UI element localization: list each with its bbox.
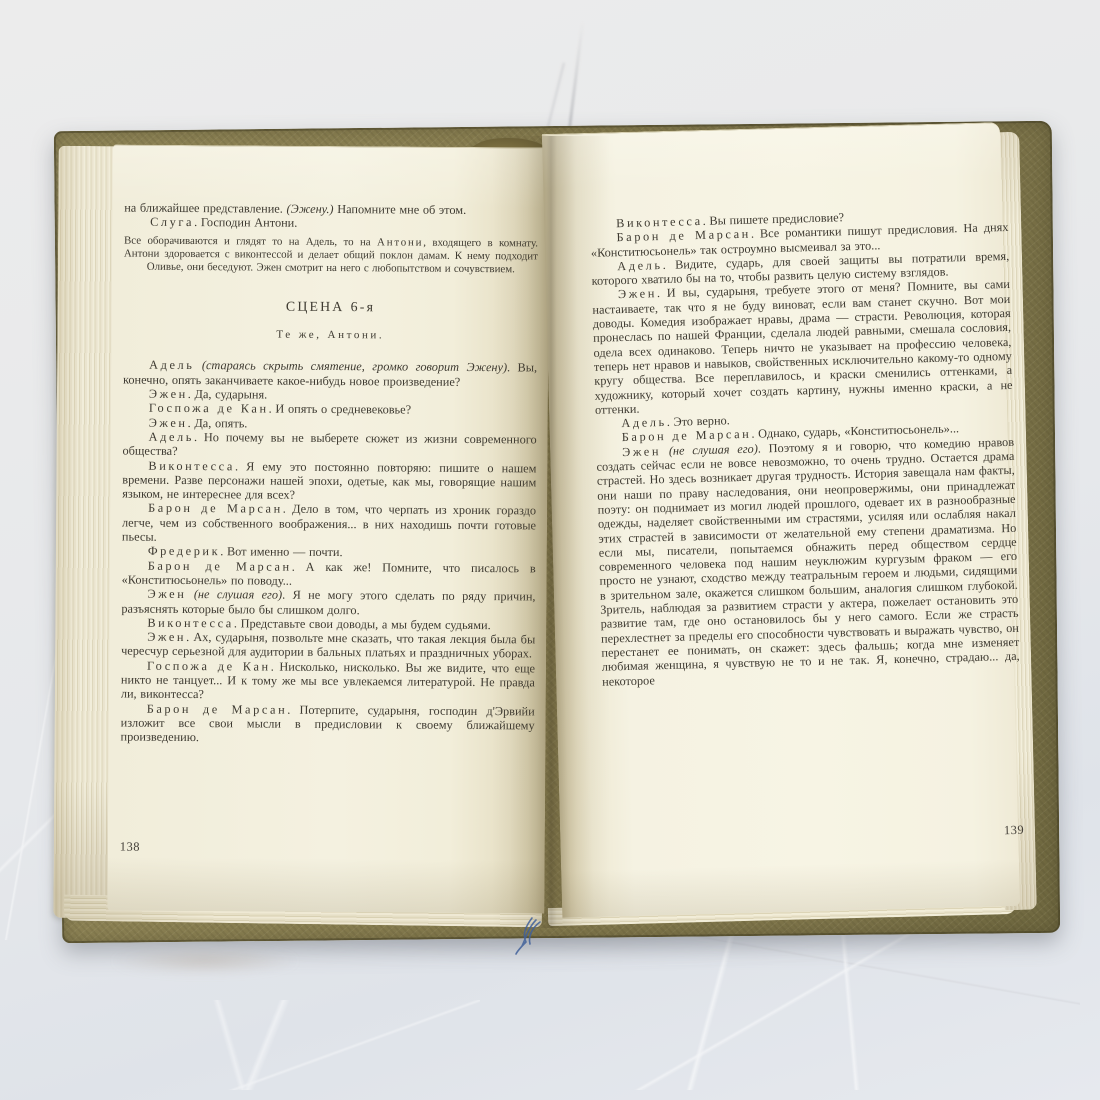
page-number-right: 139 — [606, 823, 1024, 849]
speaker-name: Слуга — [150, 215, 194, 229]
dialogue-text: . Поэтому я и говорю, что комедию нравов… — [596, 435, 1019, 689]
page-number-left: 138 — [120, 840, 140, 855]
scene-heading: СЦЕНА 6-я — [124, 298, 538, 315]
speaker-name: Виконтесса — [147, 616, 234, 631]
dialogue-text: . И опять о средневековье? — [269, 402, 411, 417]
right-page-text: Виконтесса. Вы пишете предисловие?Барон … — [590, 206, 1020, 689]
dialogue-text: . Это верно. — [667, 413, 730, 429]
dialogue-paragraph: Адель. Но почему вы не выберете сюжет из… — [122, 430, 536, 461]
dialogue-paragraph: Эжен. Ах, сударыня, позвольте мне сказат… — [121, 630, 535, 661]
dialogue-paragraph: Адель (стараясь скрыть смятение, громко … — [123, 358, 537, 389]
dialogue-text: . Да, сударыня. — [188, 387, 268, 402]
dialogue-paragraph: Слуга. Господин Антони. — [124, 215, 538, 232]
stage-direction: Все оборачиваются и глядят то на Адель, … — [124, 234, 538, 276]
dialogue-text: на ближайшее представление. — [124, 201, 286, 216]
bookmark-thread — [512, 916, 560, 958]
dialogue-text: СЦЕНА 6-я — [286, 299, 375, 315]
speaker-name: Адель — [149, 358, 194, 372]
speaker-name: Эжен — [147, 587, 186, 601]
inline-stage-direction: (Эжену.) — [286, 202, 333, 216]
photo-of-open-book: { "palette":{ "table":"#e8eaec", "page_l… — [0, 0, 1100, 1100]
inline-stage-direction: (не слушая его) — [186, 587, 282, 602]
dialogue-paragraph: Эжен. И вы, сударыня, требуете этого от … — [592, 277, 1013, 417]
dialogue-paragraph: Барон де Марсан. Дело в том, что черпать… — [122, 501, 536, 547]
left-page: на ближайшее представление. (Эжену.) Нап… — [107, 144, 549, 913]
dialogue-text: . Господин Антони. — [194, 215, 297, 230]
speaker-name: Эжен — [147, 630, 186, 644]
speaker-name: Барон де Марсан — [148, 558, 292, 573]
speaker-name: Барон де Марсан — [147, 701, 288, 716]
speaker-name: Виконтесса — [148, 458, 235, 473]
speaker-name: Эжен — [149, 387, 188, 401]
dialogue-paragraph: Барон де Марсан. А как же! Помните, что … — [122, 558, 536, 589]
dialogue-paragraph: Барон де Марсан. Потерпите, сударыня, го… — [120, 701, 534, 747]
dialogue-paragraph: Госпожа де Кан. Нисколько, нисколько. Вы… — [121, 658, 535, 704]
speaker-name: Госпожа де Кан — [147, 658, 271, 673]
scene-cast-line: Те же, Антони. — [123, 327, 537, 344]
speaker-name: Госпожа де Кан — [149, 401, 269, 416]
dialogue-text: . Да, опять. — [188, 416, 248, 430]
left-page-text: на ближайшее представление. (Эжену.) Нап… — [120, 201, 538, 747]
speaker-name: Эжен — [622, 444, 661, 459]
dialogue-text: Все оборачиваются и глядят то на Адель, … — [124, 234, 377, 248]
speaker-name: Эжен — [149, 415, 188, 429]
dialogue-paragraph: Эжен (не слушая его). Поэтому я и говорю… — [596, 435, 1020, 689]
speaker-name: Адель — [617, 258, 663, 273]
speaker-name: Барон де Марсан — [148, 501, 283, 516]
speaker-name: Те же, Антони. — [276, 329, 384, 342]
dialogue-paragraph: Эжен (не слушая его). Я не могу этого сд… — [121, 587, 535, 618]
right-page: Виконтесса. Вы пишете предисловие?Барон … — [542, 122, 1020, 918]
speaker-name: Адель — [621, 415, 667, 430]
dialogue-text: . Представьте свои доводы, а мы будем су… — [234, 616, 491, 632]
dialogue-text: . Вот именно — почти. — [220, 545, 342, 560]
speaker-name: Эжен — [618, 287, 657, 302]
speaker-name: Фредерик — [148, 544, 220, 559]
dialogue-text: Напомните мне об этом. — [334, 202, 467, 217]
dialogue-paragraph: Виконтесса. Я ему это постоянно повторяю… — [122, 458, 536, 504]
speaker-name: Адель — [149, 430, 194, 444]
speaker-name: Антони — [377, 236, 423, 248]
